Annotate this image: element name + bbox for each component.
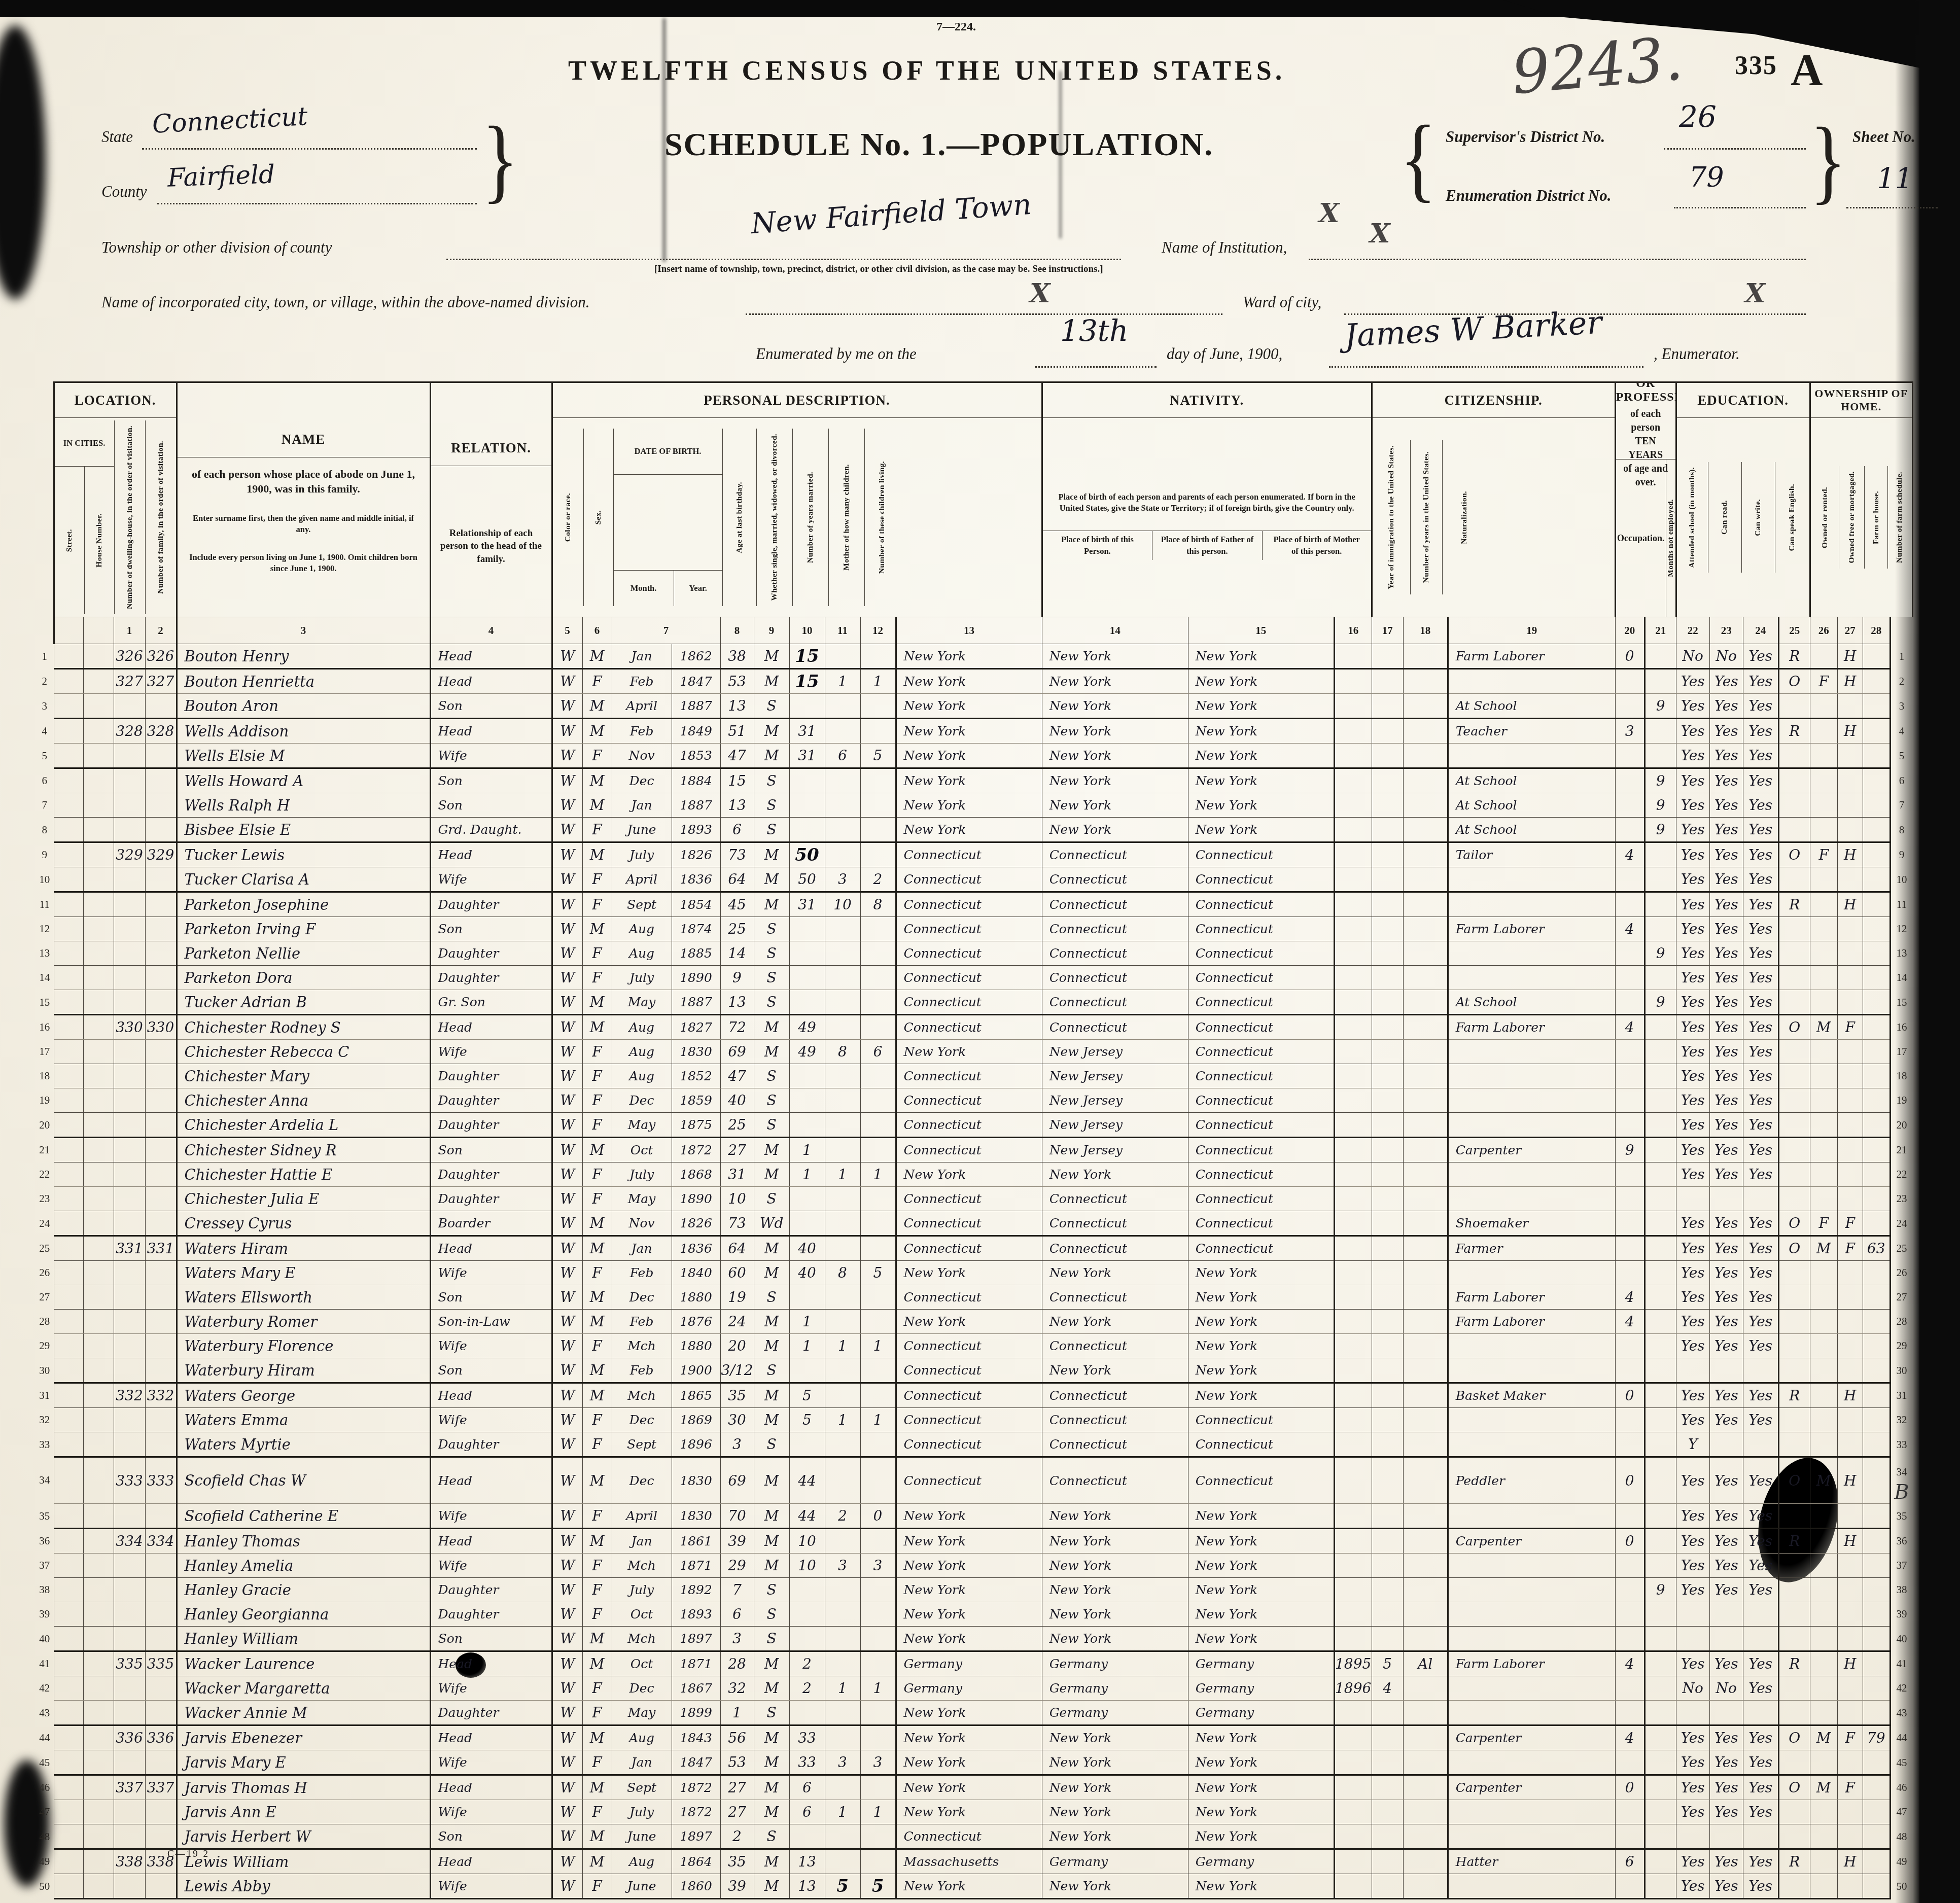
cell-rd: Yes — [1676, 1261, 1709, 1285]
cell-fs — [1863, 1578, 1890, 1602]
cell-fh — [1837, 1676, 1863, 1701]
cell-rel: Head — [430, 1383, 552, 1408]
cell-hn — [83, 1358, 114, 1383]
cell-en: Yes — [1743, 1211, 1778, 1236]
cell-fh: H — [1837, 1383, 1863, 1408]
bottom-print-code: C—19 2 — [167, 1849, 209, 1860]
cell-name: Wacker Laurence — [177, 1651, 430, 1676]
cell-name: Tucker Adrian B — [177, 990, 430, 1015]
cell-fs — [1863, 1040, 1890, 1064]
cell-c: W — [552, 1064, 582, 1088]
cell-fm — [1810, 941, 1837, 966]
cell-mu — [1615, 990, 1644, 1015]
cell-en: Yes — [1743, 818, 1778, 842]
cell-rd: Yes — [1676, 744, 1709, 768]
cell-nat — [1403, 1358, 1448, 1383]
cell-mu — [1615, 1800, 1644, 1824]
cell-sch — [1644, 1676, 1676, 1701]
person-row: 25331331Waters HiramHeadWMJan183664M40Co… — [36, 1236, 1912, 1261]
brace: } — [482, 105, 518, 214]
cell-bm: Aug — [612, 1849, 672, 1874]
cell-bm: Aug — [612, 1040, 672, 1064]
col-sex: Sex. — [594, 505, 603, 530]
cell-c: W — [552, 1578, 582, 1602]
cell-pb: New York — [896, 1554, 1042, 1578]
cell-age: 1 — [720, 1701, 754, 1725]
cell-hn — [83, 644, 114, 669]
row-number-right: 23 — [1890, 1187, 1912, 1211]
cell-sch — [1644, 1627, 1676, 1651]
cell-mc: 3 — [825, 1554, 860, 1578]
cell-age: 72 — [720, 1015, 754, 1040]
cell-sch: 9 — [1644, 768, 1676, 793]
cell-c: W — [552, 1310, 582, 1334]
cell-s: M — [582, 719, 612, 744]
cell-own: O — [1778, 1211, 1810, 1236]
cell-mar: M — [754, 1408, 789, 1432]
cell-dw — [114, 1310, 145, 1334]
cell-sch — [1644, 1310, 1676, 1334]
cell-dw — [114, 1187, 145, 1211]
cell-by: 1836 — [672, 867, 720, 892]
cell-sch — [1644, 1064, 1676, 1088]
cell-dw — [114, 917, 145, 941]
cell-pm: New York — [1188, 1504, 1334, 1529]
cell-sch — [1644, 1138, 1676, 1162]
row-number-right: 32 — [1890, 1408, 1912, 1432]
cell-st — [54, 1529, 83, 1554]
supervisor-value: 26 — [1679, 99, 1717, 134]
cell-c: W — [552, 1874, 582, 1899]
cell-im — [1334, 793, 1372, 818]
cell-fam — [145, 768, 177, 793]
cell-mc: 2 — [825, 1504, 860, 1529]
cell-sch — [1644, 1236, 1676, 1261]
cell-wr: Yes — [1709, 1015, 1743, 1040]
cell-mar: S — [754, 1187, 789, 1211]
person-row: 18Chichester MaryDaughterWFAug185247SCon… — [36, 1064, 1912, 1088]
cell-yu — [1372, 917, 1403, 941]
cell-s: F — [582, 966, 612, 990]
cell-st — [54, 1015, 83, 1040]
person-row: 33Waters MyrtieDaughterWFSept18963SConne… — [36, 1432, 1912, 1457]
cell-mu — [1615, 1874, 1644, 1899]
cell-pm: New York — [1188, 1800, 1334, 1824]
cell-fs — [1863, 1602, 1890, 1627]
cell-fam — [145, 1064, 177, 1088]
cell-mc — [825, 842, 860, 867]
cell-rd: Yes — [1676, 842, 1709, 867]
cell-c: W — [552, 1334, 582, 1358]
cell-yu — [1372, 1457, 1403, 1504]
cell-rd: Yes — [1676, 1211, 1709, 1236]
cell-name: Waters Hiram — [177, 1236, 430, 1261]
county-label: County — [101, 183, 147, 201]
person-row: 28Waterbury RomerSon-in-LawWMFeb187624M1… — [36, 1310, 1912, 1334]
cell-nat — [1403, 1334, 1448, 1358]
x-mark: X — [1030, 278, 1050, 309]
cell-nat — [1403, 1602, 1448, 1627]
cell-dw — [114, 1504, 145, 1529]
cell-s: F — [582, 1504, 612, 1529]
cell-nat — [1403, 1162, 1448, 1187]
cell-nat — [1403, 917, 1448, 941]
cell-fh — [1837, 818, 1863, 842]
cell-st — [54, 966, 83, 990]
col-mother-of-children: Mother of how many children. — [842, 459, 851, 576]
cell-hn — [83, 842, 114, 867]
row-number-left: 17 — [36, 1040, 54, 1064]
cell-ym: 44 — [789, 1504, 825, 1529]
cell-own — [1778, 1750, 1810, 1775]
cell-hn — [83, 1162, 114, 1187]
cell-name: Waters Emma — [177, 1408, 430, 1432]
cell-name: Wells Ralph H — [177, 793, 430, 818]
cell-s: M — [582, 1627, 612, 1651]
cell-fm — [1810, 1187, 1837, 1211]
cell-en: Yes — [1743, 1554, 1778, 1578]
cell-sch — [1644, 892, 1676, 917]
cell-fh — [1837, 1261, 1863, 1285]
cell-bm: June — [612, 818, 672, 842]
cell-s: F — [582, 1432, 612, 1457]
column-number: 6 — [582, 617, 612, 644]
cell-bm: Feb — [612, 1261, 672, 1285]
cell-bm: Feb — [612, 669, 672, 694]
cell-fh — [1837, 1800, 1863, 1824]
cell-bm: Oct — [612, 1651, 672, 1676]
cell-rd: Yes — [1676, 1457, 1709, 1504]
cell-name: Wacker Annie M — [177, 1701, 430, 1725]
cell-fh: F — [1837, 1775, 1863, 1800]
cell-own — [1778, 1602, 1810, 1627]
cell-wr: Yes — [1709, 669, 1743, 694]
cell-pm: Connecticut — [1188, 917, 1334, 941]
cell-sch: 9 — [1644, 793, 1676, 818]
cell-mc — [825, 990, 860, 1015]
cell-rel: Son — [430, 1358, 552, 1383]
cell-cl — [860, 1187, 896, 1211]
cell-st — [54, 744, 83, 768]
cell-s: F — [582, 1113, 612, 1138]
cell-im — [1334, 1358, 1372, 1383]
col-dwelling-number: Number of dwelling-house, in the order o… — [125, 420, 134, 614]
cell-mar: S — [754, 917, 789, 941]
cell-mar: M — [754, 644, 789, 669]
cell-s: M — [582, 917, 612, 941]
cell-pm: Germany — [1188, 1701, 1334, 1725]
cell-im — [1334, 1800, 1372, 1824]
cell-fs — [1863, 793, 1890, 818]
cell-c: W — [552, 1725, 582, 1750]
cell-fm — [1810, 1358, 1837, 1383]
cell-hn — [83, 818, 114, 842]
cell-fm — [1810, 1432, 1837, 1457]
person-row: 36334334Hanley ThomasHeadWMJan186139M10N… — [36, 1529, 1912, 1554]
cell-st — [54, 1849, 83, 1874]
cell-yu — [1372, 1627, 1403, 1651]
cell-pb: New York — [896, 719, 1042, 744]
cell-mc — [825, 1358, 860, 1383]
cell-wr: Yes — [1709, 1261, 1743, 1285]
cell-rel: Daughter — [430, 1602, 552, 1627]
cell-occ — [1448, 1750, 1615, 1775]
cell-fam — [145, 1408, 177, 1432]
row-number-right: 22 — [1890, 1162, 1912, 1187]
cell-mar: M — [754, 1725, 789, 1750]
cell-cl — [860, 719, 896, 744]
cell-pb: Connecticut — [896, 1285, 1042, 1310]
cell-en: Yes — [1743, 990, 1778, 1015]
cell-pb: Connecticut — [896, 1408, 1042, 1432]
cell-fm — [1810, 1701, 1837, 1725]
cell-mu: 0 — [1615, 1775, 1644, 1800]
cell-rel: Wife — [430, 1874, 552, 1899]
cell-im — [1334, 1602, 1372, 1627]
cell-rel: Daughter — [430, 1088, 552, 1113]
cell-rd: Yes — [1676, 1554, 1709, 1578]
cell-yu — [1372, 1162, 1403, 1187]
cell-fh — [1837, 1701, 1863, 1725]
cell-mu: 0 — [1615, 1529, 1644, 1554]
cell-mc: 1 — [825, 1162, 860, 1187]
cell-pf: Connecticut — [1042, 1015, 1188, 1040]
population-schedule-table: LOCATION. NAME of each person whose plac… — [36, 381, 1912, 1899]
row-number-right: 1 — [1890, 644, 1912, 669]
cell-own — [1778, 1310, 1810, 1334]
cell-mc: 3 — [825, 1750, 860, 1775]
cell-c: W — [552, 719, 582, 744]
cell-pf: New York — [1042, 744, 1188, 768]
cell-name: Lewis William — [177, 1849, 430, 1874]
cell-by: 1871 — [672, 1554, 720, 1578]
row-number-left: 44 — [36, 1725, 54, 1750]
cell-fs — [1863, 892, 1890, 917]
cell-wr: Yes — [1709, 1578, 1743, 1602]
person-row: 19Chichester AnnaDaughterWFDec185940SCon… — [36, 1088, 1912, 1113]
col-house-number: House Number. — [95, 508, 104, 573]
col-farm-or-house: Farm or house. — [1872, 486, 1881, 549]
cell-own: R — [1778, 719, 1810, 744]
row-number-left: 31 — [36, 1383, 54, 1408]
cell-own — [1778, 1432, 1810, 1457]
cell-sch — [1644, 867, 1676, 892]
cell-c: W — [552, 1651, 582, 1676]
person-row: 42Wacker MargarettaWifeWFDec186732M211Ge… — [36, 1676, 1912, 1701]
cell-occ — [1448, 892, 1615, 917]
cell-mar: S — [754, 768, 789, 793]
row-number-left: 5 — [36, 744, 54, 768]
cell-age: 47 — [720, 1064, 754, 1088]
cell-pf: New York — [1042, 1358, 1188, 1383]
cell-own: R — [1778, 1383, 1810, 1408]
cell-st — [54, 1040, 83, 1064]
cell-fs — [1863, 842, 1890, 867]
cell-wr: Yes — [1709, 744, 1743, 768]
cell-en: Yes — [1743, 1285, 1778, 1310]
cell-c: W — [552, 1162, 582, 1187]
cell-fam: 336 — [145, 1725, 177, 1750]
column-number: 4 — [430, 617, 552, 644]
cell-st — [54, 1432, 83, 1457]
cell-mu — [1615, 1578, 1644, 1602]
cell-hn — [83, 1824, 114, 1849]
cell-yu — [1372, 842, 1403, 867]
margin-pencil-note: B — [1894, 1481, 1909, 1504]
cell-occ — [1448, 1701, 1615, 1725]
cell-st — [54, 1874, 83, 1899]
cell-pf: New Jersey — [1042, 1040, 1188, 1064]
cell-bm: Nov — [612, 1211, 672, 1236]
cell-yu: 5 — [1372, 1651, 1403, 1676]
cell-st — [54, 1602, 83, 1627]
cell-dw — [114, 1138, 145, 1162]
person-row: 14Parketon DoraDaughterWFJuly18909SConne… — [36, 966, 1912, 990]
row-number-left: 12 — [36, 917, 54, 941]
column-number: 13 — [896, 617, 1042, 644]
row-number-left: 9 — [36, 842, 54, 867]
cell-yu — [1372, 744, 1403, 768]
cell-pm: Connecticut — [1188, 892, 1334, 917]
cell-pb: New York — [896, 1725, 1042, 1750]
cell-rd: Yes — [1676, 1310, 1709, 1334]
enumerated-day: 13th — [1060, 313, 1128, 348]
cell-name: Waters Myrtie — [177, 1432, 430, 1457]
cell-mar: S — [754, 1824, 789, 1849]
cell-bm: April — [612, 867, 672, 892]
cell-rel: Wife — [430, 1750, 552, 1775]
cell-cl — [860, 1457, 896, 1504]
cell-rel: Son-in-Law — [430, 1310, 552, 1334]
cell-dw — [114, 768, 145, 793]
cell-ym — [789, 1432, 825, 1457]
cell-own — [1778, 1578, 1810, 1602]
cell-dw — [114, 793, 145, 818]
row-number-right: 27 — [1890, 1285, 1912, 1310]
cell-hn — [83, 1529, 114, 1554]
cell-occ — [1448, 1602, 1615, 1627]
row-number-right: 30 — [1890, 1358, 1912, 1383]
cell-s: F — [582, 1088, 612, 1113]
cell-nat — [1403, 1015, 1448, 1040]
cell-ym: 6 — [789, 1800, 825, 1824]
cell-mar: S — [754, 990, 789, 1015]
cell-mc — [825, 1015, 860, 1040]
cell-cl — [860, 1824, 896, 1849]
stamp-number: 335 — [1735, 51, 1777, 81]
cell-nat — [1403, 941, 1448, 966]
cell-wr: Yes — [1709, 917, 1743, 941]
cell-fh: H — [1837, 842, 1863, 867]
row-number-right: 6 — [1890, 768, 1912, 793]
cell-pb: New York — [896, 1040, 1042, 1064]
person-row: 4328328Wells AddisonHeadWMFeb184951M31Ne… — [36, 719, 1912, 744]
cell-c: W — [552, 1358, 582, 1383]
row-number-left: 22 — [36, 1162, 54, 1187]
row-number-right: 11 — [1890, 892, 1912, 917]
cell-rel: Son — [430, 1285, 552, 1310]
cell-hn — [83, 768, 114, 793]
cell-pm: New York — [1188, 1627, 1334, 1651]
cell-pm: New York — [1188, 1554, 1334, 1578]
cell-rd: Yes — [1676, 1651, 1709, 1676]
cell-st — [54, 1725, 83, 1750]
cell-pb: Germany — [896, 1676, 1042, 1701]
cell-mar: S — [754, 1064, 789, 1088]
scan-edge-right — [1919, 0, 1960, 1903]
cell-hn — [83, 1285, 114, 1310]
person-row: 40Hanley WilliamSonWMMch18973SNew YorkNe… — [36, 1627, 1912, 1651]
cell-wr: Yes — [1709, 1457, 1743, 1504]
cell-mc: 1 — [825, 669, 860, 694]
cell-own — [1778, 1358, 1810, 1383]
cell-wr: Yes — [1709, 1554, 1743, 1578]
cell-name: Waterbury Florence — [177, 1334, 430, 1358]
cell-own — [1778, 744, 1810, 768]
cell-by: 1836 — [672, 1236, 720, 1261]
cell-cl — [860, 1775, 896, 1800]
cell-yu — [1372, 1334, 1403, 1358]
cell-pm: New York — [1188, 744, 1334, 768]
cell-mc: 8 — [825, 1040, 860, 1064]
cell-pf: Connecticut — [1042, 1236, 1188, 1261]
cell-c: W — [552, 1824, 582, 1849]
cell-cl — [860, 917, 896, 941]
cell-rd: Yes — [1676, 1015, 1709, 1040]
cell-ym: 33 — [789, 1750, 825, 1775]
cell-own — [1778, 818, 1810, 842]
cell-pm: New York — [1188, 1285, 1334, 1310]
cell-age: 40 — [720, 1088, 754, 1113]
cell-hn — [83, 867, 114, 892]
row-number-right: 44 — [1890, 1725, 1912, 1750]
cell-en: Yes — [1743, 1040, 1778, 1064]
cell-rel: Daughter — [430, 1701, 552, 1725]
person-row: 41335335Wacker LaurenceHeadWMOct187128M2… — [36, 1651, 1912, 1676]
row-number-left: 27 — [36, 1285, 54, 1310]
cell-im — [1334, 892, 1372, 917]
cell-fm — [1810, 892, 1837, 917]
col-attended-school: Attended school (in months). — [1688, 462, 1697, 573]
cell-c: W — [552, 1800, 582, 1824]
cell-ym — [789, 1824, 825, 1849]
cell-s: F — [582, 1676, 612, 1701]
cell-sch — [1644, 1285, 1676, 1310]
cell-fh — [1837, 941, 1863, 966]
cell-nat — [1403, 1211, 1448, 1236]
cell-ym — [789, 1358, 825, 1383]
cell-fm — [1810, 1261, 1837, 1285]
header-education: EDUCATION. — [1676, 382, 1810, 418]
cell-mc: 5 — [825, 1874, 860, 1899]
cell-rel: Head — [430, 842, 552, 867]
row-number-right: 37 — [1890, 1554, 1912, 1578]
cell-fs — [1863, 1676, 1890, 1701]
cell-age: 45 — [720, 892, 754, 917]
row-number-gutter-left — [36, 382, 54, 644]
cell-sch: 9 — [1644, 818, 1676, 842]
cell-by: 1884 — [672, 768, 720, 793]
cell-wr: Yes — [1709, 867, 1743, 892]
cell-mc: 8 — [825, 1261, 860, 1285]
cell-dw — [114, 818, 145, 842]
cell-c: W — [552, 1383, 582, 1408]
cell-en: Yes — [1743, 1236, 1778, 1261]
cell-ym: 1 — [789, 1162, 825, 1187]
cell-c: W — [552, 669, 582, 694]
cell-rd — [1676, 1187, 1709, 1211]
cell-fm — [1810, 1874, 1837, 1899]
